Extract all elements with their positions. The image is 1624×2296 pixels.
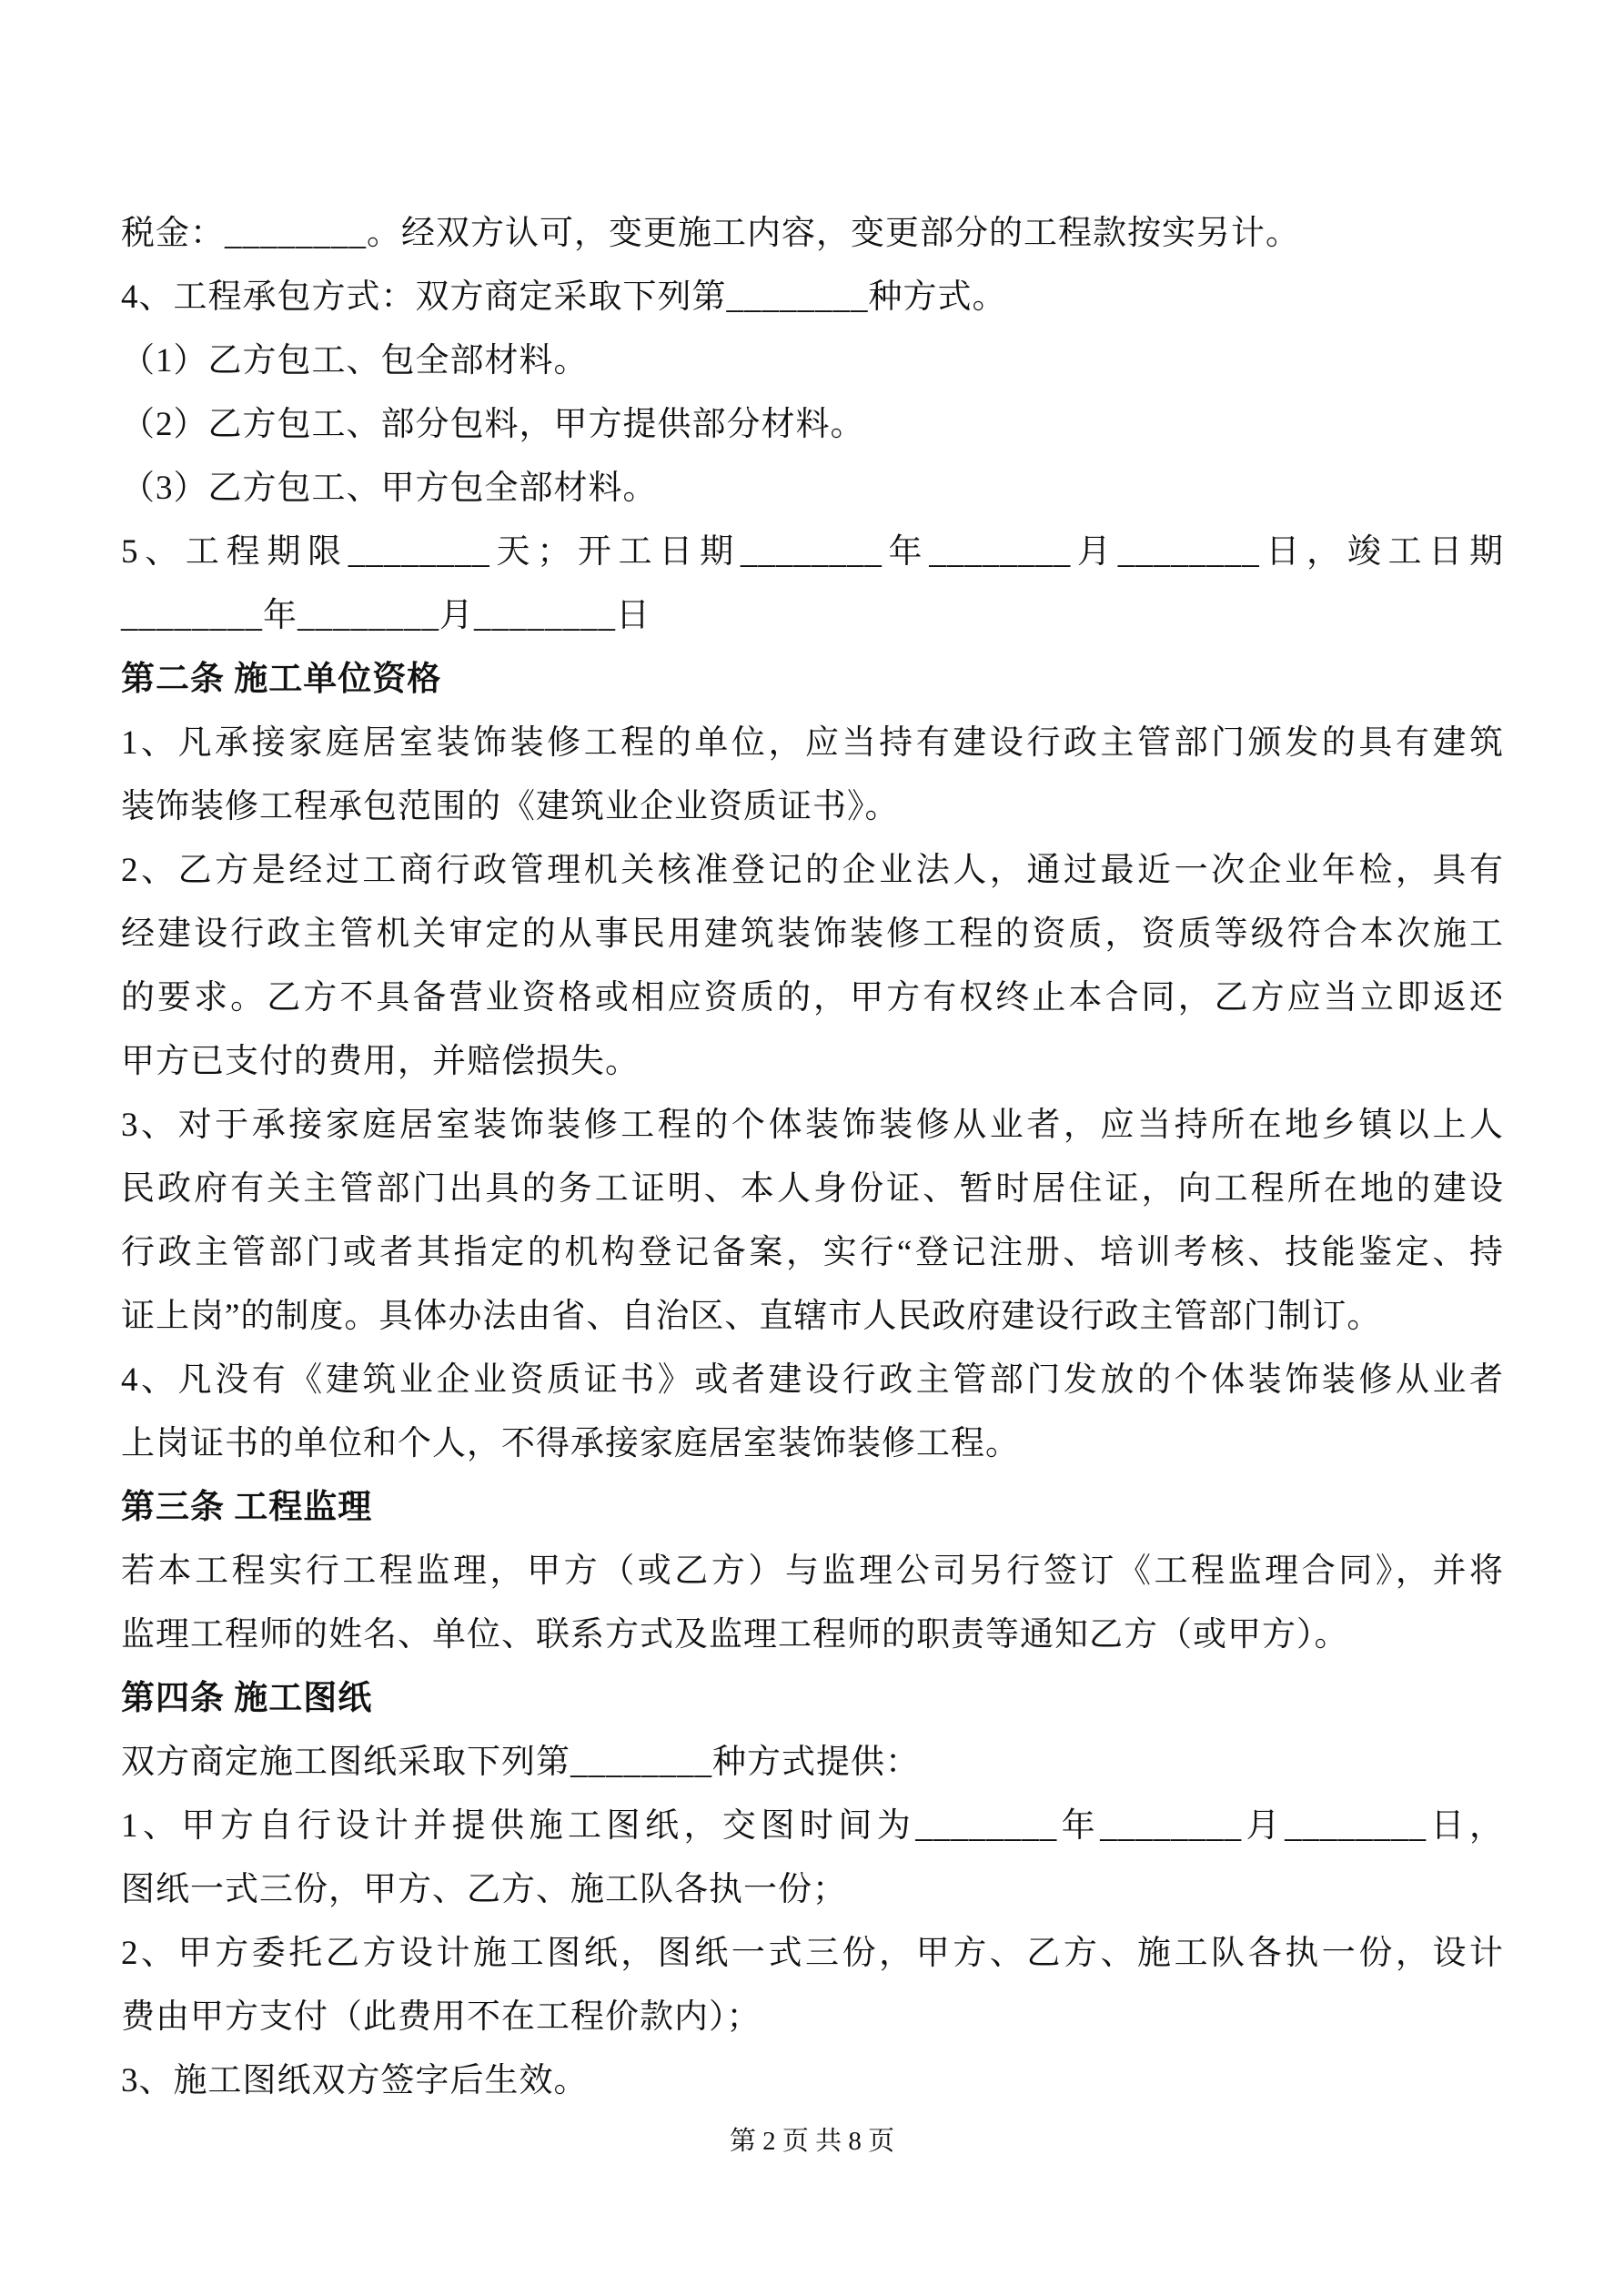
document-line: 民政府有关主管部门出具的务工证明、本人身份证、暂时居住证，向工程所在地的建设 <box>121 1158 1504 1221</box>
document-line: 监理工程师的姓名、单位、联系方式及监理工程师的职责等通知乙方（或甲方）。 <box>121 1603 1504 1667</box>
document-line: （3）乙方包工、甲方包全部材料。 <box>121 457 1504 521</box>
document-line: 2、乙方是经过工商行政管理机关核准登记的企业法人，通过最近一次企业年检，具有 <box>121 839 1504 903</box>
document-line: 费由甲方支付（此费用不在工程价款内）； <box>121 1986 1504 2049</box>
document-line: 图纸一式三份，甲方、乙方、施工队各执一份； <box>121 1858 1504 1922</box>
document-line: 税金：________。经双方认可，变更施工内容，变更部分的工程款按实另计。 <box>121 202 1504 266</box>
document-line: 装饰装修工程承包范围的《建筑业企业资质证书》。 <box>121 775 1504 839</box>
document-line: 3、对于承接家庭居室装饰装修工程的个体装饰装修从业者，应当持所在地乡镇以上人 <box>121 1094 1504 1158</box>
document-line: 经建设行政主管机关审定的从事民用建筑装饰装修工程的资质，资质等级符合本次施工 <box>121 903 1504 966</box>
document-line: 若本工程实行工程监理，甲方（或乙方）与监理公司另行签订《工程监理合同》，并将 <box>121 1540 1504 1603</box>
document-line: 上岗证书的单位和个人，不得承接家庭居室装饰装修工程。 <box>121 1412 1504 1476</box>
document-line: 1、甲方自行设计并提供施工图纸，交图时间为________年________月_… <box>121 1795 1504 1858</box>
contract-document-page: 税金：________。经双方认可，变更施工内容，变更部分的工程款按实另计。4、… <box>0 0 1624 2296</box>
document-line: （1）乙方包工、包全部材料。 <box>121 329 1504 393</box>
document-line: 第四条 施工图纸 <box>121 1667 1504 1731</box>
document-line: 2、甲方委托乙方设计施工图纸，图纸一式三份，甲方、乙方、施工队各执一份，设计 <box>121 1922 1504 1986</box>
document-line: 3、施工图纸双方签字后生效。 <box>121 2049 1504 2113</box>
document-line: （2）乙方包工、部分包料，甲方提供部分材料。 <box>121 393 1504 457</box>
document-line: 1、凡承接家庭居室装饰装修工程的单位，应当持有建设行政主管部门颁发的具有建筑 <box>121 712 1504 775</box>
document-line: 第三条 工程监理 <box>121 1476 1504 1540</box>
contract-body: 税金：________。经双方认可，变更施工内容，变更部分的工程款按实另计。4、… <box>121 202 1504 2113</box>
document-line: 第二条 施工单位资格 <box>121 648 1504 712</box>
document-line: ________年________月________日 <box>121 584 1504 648</box>
document-line: 甲方已支付的费用，并赔偿损失。 <box>121 1030 1504 1094</box>
document-line: 行政主管部门或者其指定的机构登记备案，实行“登记注册、培训考核、技能鉴定、持 <box>121 1221 1504 1285</box>
document-line: 的要求。乙方不具备营业资格或相应资质的，甲方有权终止本合同，乙方应当立即返还 <box>121 966 1504 1030</box>
document-line: 证上岗”的制度。具体办法由省、自治区、直辖市人民政府建设行政主管部门制订。 <box>121 1285 1504 1349</box>
document-line: 4、工程承包方式：双方商定采取下列第________种方式。 <box>121 266 1504 329</box>
page-number-footer: 第 2 页 共 8 页 <box>0 2119 1624 2164</box>
document-line: 5、工程期限________天；开工日期________年________月__… <box>121 521 1504 584</box>
document-line: 双方商定施工图纸采取下列第________种方式提供： <box>121 1731 1504 1795</box>
document-line: 4、凡没有《建筑业企业资质证书》或者建设行政主管部门发放的个体装饰装修从业者 <box>121 1349 1504 1412</box>
